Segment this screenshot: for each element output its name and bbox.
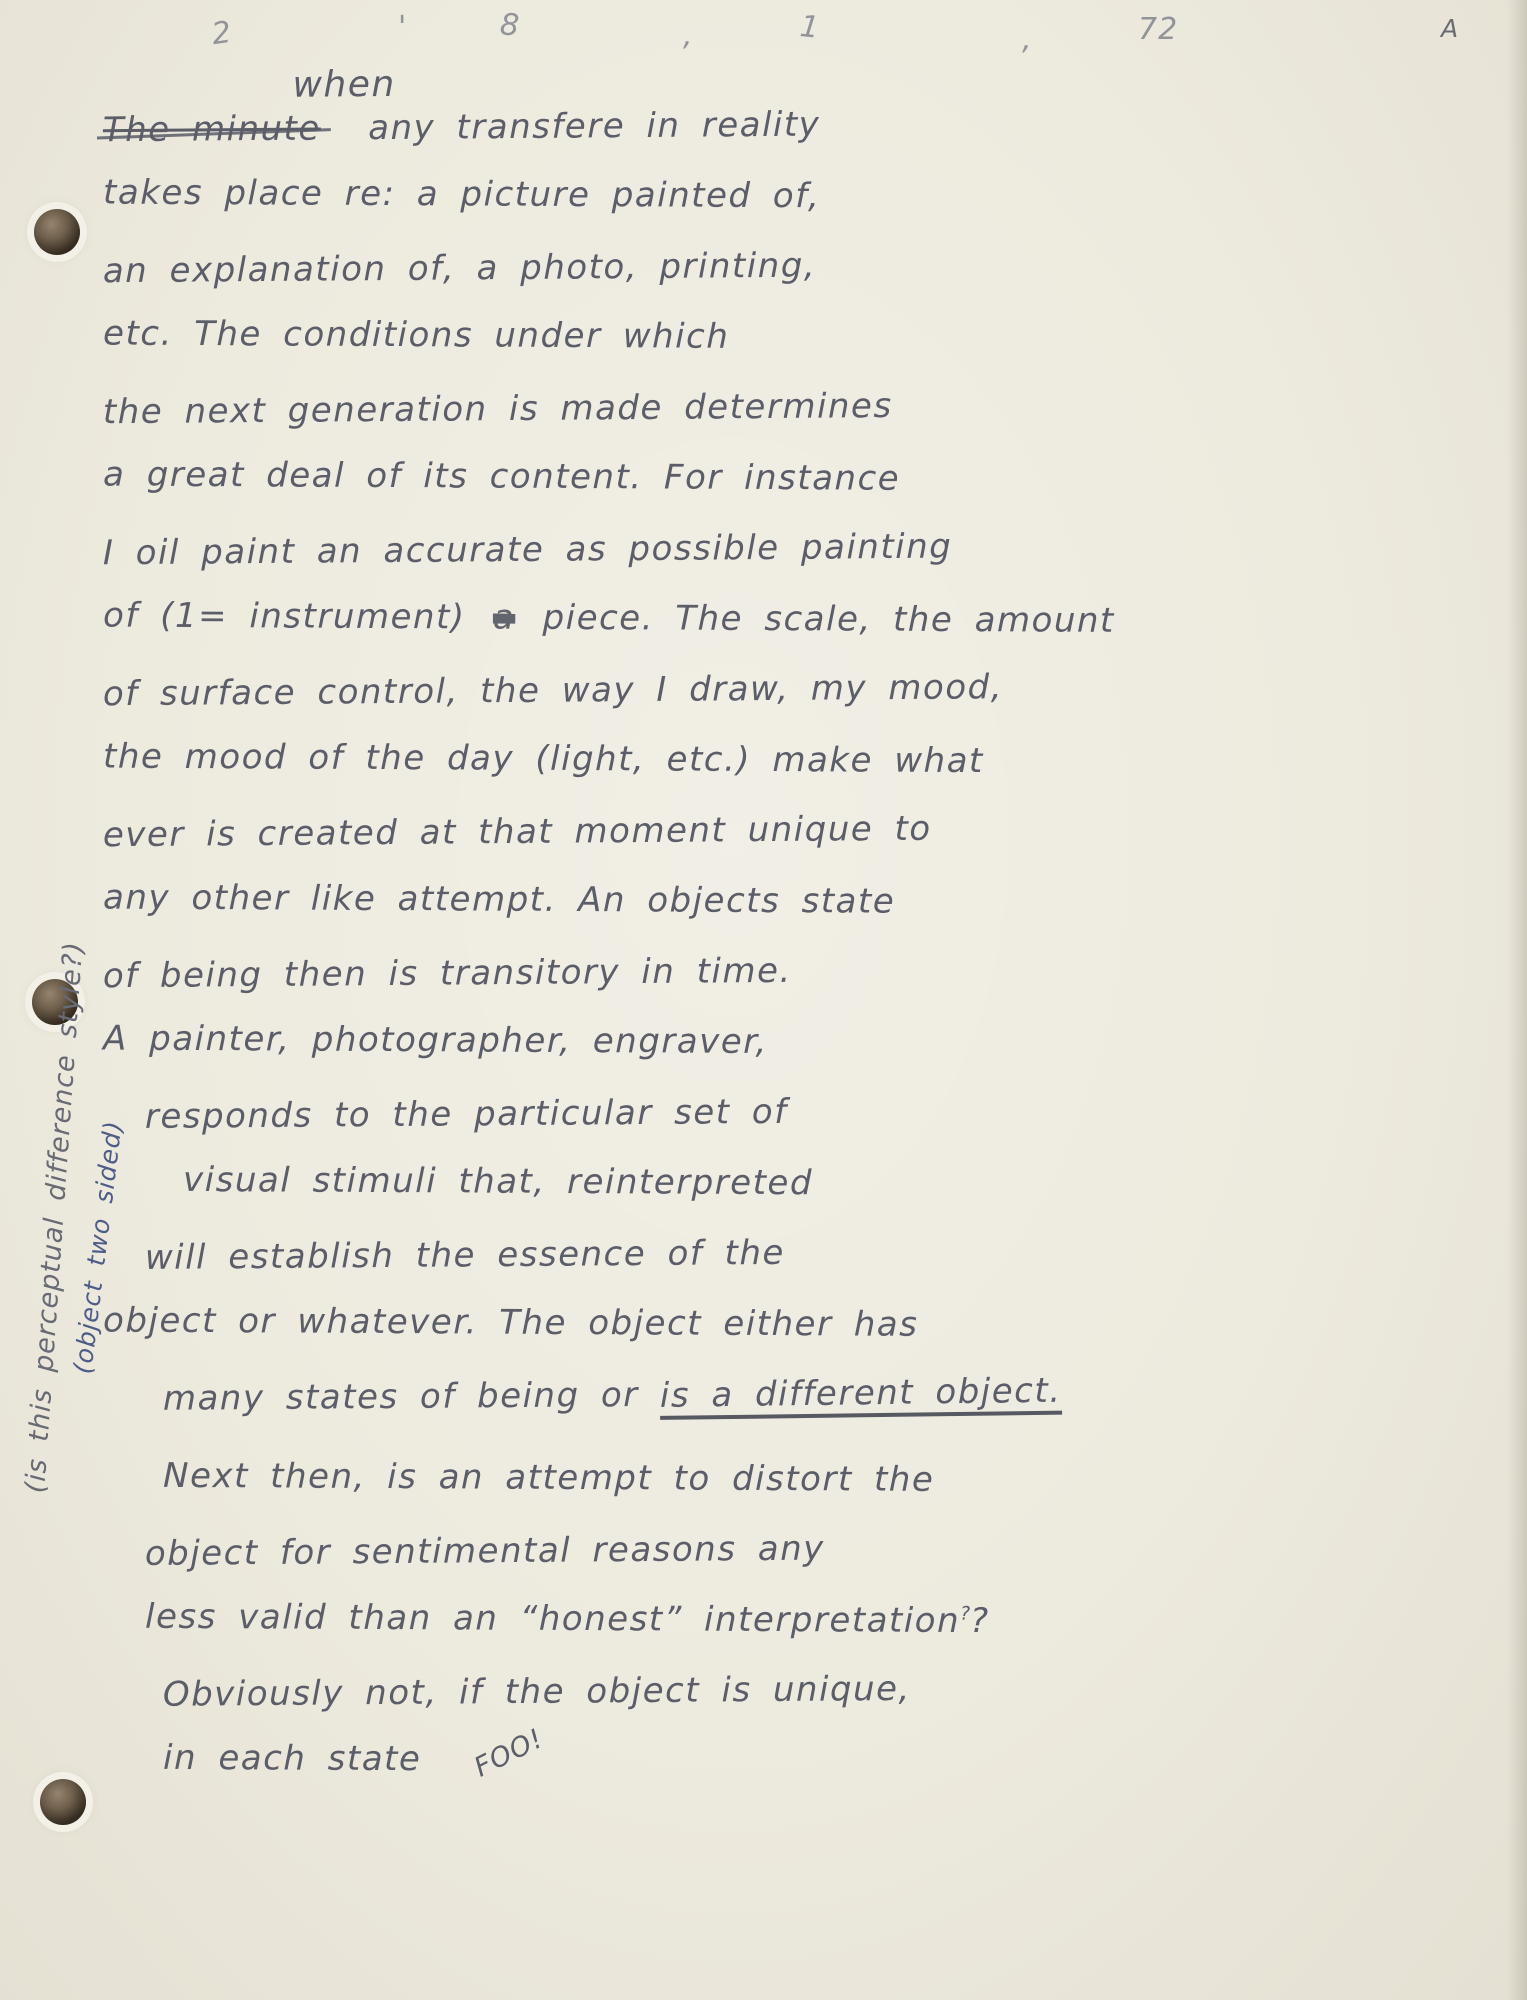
- line-text: a great deal of its content. For instanc…: [103, 454, 900, 498]
- manuscript-line: less valid than an “honest” interpretati…: [97, 1599, 1442, 1677]
- line-text: I oil paint an accurate as possible pain…: [103, 527, 953, 574]
- manuscript-line: in each state FOO!: [97, 1740, 1442, 1818]
- line-text: piece. The scale, the amount: [542, 597, 1114, 640]
- handwritten-text-block: when The minute any transfere in reality…: [97, 108, 1442, 1814]
- scanned-notebook-page: 2 ' 8 , 1 , 72 A when The minute any tra…: [0, 0, 1527, 2000]
- line-text: of (1= instrument): [103, 595, 466, 637]
- line-text: Next then, is an attempt to distort the: [163, 1455, 934, 1499]
- line-text: of being then is transitory in time.: [103, 951, 792, 996]
- scribbled-out-word: a: [493, 600, 516, 634]
- header-mark: 2: [210, 15, 235, 52]
- manuscript-line: an explanation of, a photo, printing,: [97, 244, 1443, 325]
- manuscript-line: the next generation is made determines: [97, 385, 1443, 466]
- manuscript-line: when The minute any transfere in reality: [97, 103, 1443, 184]
- line-text: takes place re: a picture painted of,: [103, 172, 820, 216]
- line-text: the mood of the day (light, etc.) make w…: [103, 736, 984, 781]
- manuscript-line: I oil paint an accurate as possible pain…: [97, 526, 1443, 607]
- header-mark: ': [398, 10, 407, 45]
- manuscript-line: etc. The conditions under which: [97, 316, 1442, 394]
- header-mark: 1: [798, 9, 822, 46]
- header-mark: 8: [499, 7, 521, 43]
- manuscript-line: Obviously not, if the object is unique,: [97, 1668, 1443, 1749]
- line-text: an explanation of, a photo, printing,: [103, 246, 817, 292]
- manuscript-line: object for sentimental reasons any: [97, 1527, 1443, 1608]
- line-text: in each state: [163, 1737, 421, 1778]
- manuscript-line: takes place re: a picture painted of,: [97, 175, 1442, 253]
- line-text: ?: [970, 1601, 990, 1641]
- struck-phrase: The minute: [103, 112, 321, 148]
- line-text: of surface control, the way I draw, my m…: [103, 667, 1003, 714]
- line-text: etc. The conditions under which: [103, 313, 729, 356]
- manuscript-line: of surface control, the way I draw, my m…: [97, 667, 1443, 748]
- manuscript-line: many states of being or is a different o…: [97, 1372, 1443, 1453]
- line-text: visual stimuli that, reinterpreted: [183, 1159, 813, 1202]
- line-text: the next generation is made determines: [103, 386, 893, 432]
- manuscript-line: of being then is transitory in time.: [97, 949, 1443, 1030]
- line-text: ever is created at that moment unique to: [103, 809, 932, 856]
- line-text: less valid than an “honest” interpretati…: [145, 1596, 960, 1640]
- manuscript-line: will establish the essence of the: [97, 1231, 1443, 1312]
- line-text: will establish the essence of the: [145, 1233, 785, 1278]
- manuscript-line: a great deal of its content. For instanc…: [97, 457, 1442, 535]
- line-text: any other like attempt. An objects state: [103, 877, 895, 921]
- manuscript-line: any other like attempt. An objects state: [97, 880, 1442, 958]
- hole-punch-bottom: [40, 1779, 86, 1825]
- page-corner-letter: A: [1441, 14, 1458, 43]
- header-mark: 72: [1138, 12, 1178, 47]
- manuscript-line: Next then, is an attempt to distort the: [97, 1458, 1442, 1536]
- hole-punch-top: [34, 209, 80, 255]
- manuscript-line: ever is created at that moment unique to: [97, 808, 1443, 889]
- header-mark: ,: [683, 18, 694, 53]
- manuscript-line: responds to the particular set of: [97, 1090, 1443, 1171]
- header-mark: ,: [1022, 22, 1033, 57]
- manuscript-line: visual stimuli that, reinterpreted: [97, 1162, 1442, 1240]
- inserted-word: when: [292, 67, 396, 104]
- line-text: any transfere in reality: [368, 105, 821, 149]
- superscript-question-mark: ?: [960, 1603, 970, 1624]
- line-text: A painter, photographer, engraver,: [103, 1018, 768, 1061]
- underlined-phrase: is a different object.: [660, 1374, 1062, 1420]
- manuscript-line: A painter, photographer, engraver,: [97, 1021, 1442, 1099]
- line-text: object for sentimental reasons any: [145, 1529, 825, 1574]
- manuscript-line: the mood of the day (light, etc.) make w…: [97, 739, 1442, 817]
- line-text: many states of being or: [163, 1375, 639, 1419]
- line-text: responds to the particular set of: [145, 1092, 788, 1137]
- line-text: Obviously not, if the object is unique,: [163, 1669, 911, 1715]
- line-text: object or whatever. The object either ha…: [103, 1300, 918, 1344]
- manuscript-line: of (1= instrument) a piece. The scale, t…: [97, 598, 1442, 676]
- manuscript-line: object or whatever. The object either ha…: [97, 1303, 1442, 1381]
